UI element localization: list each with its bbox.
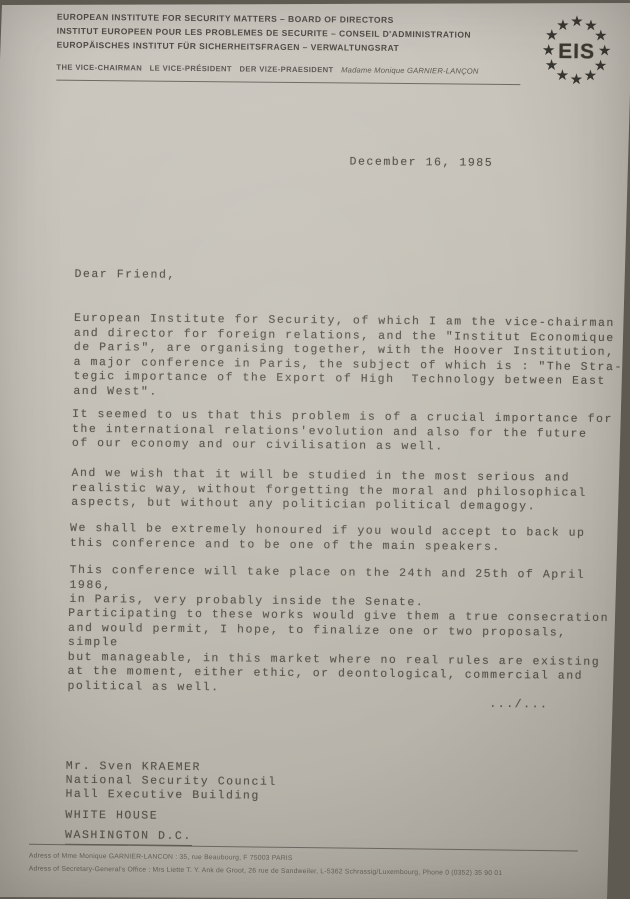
salutation: Dear Friend, [74,268,176,284]
recipient-building: Hall Executive Building [65,788,276,804]
officer-line: THE VICE-CHAIRMAN LE VICE-PRÉSIDENT DER … [56,63,536,77]
star-icon: ★ [584,68,598,83]
paragraph: This conference will take place on the 2… [69,564,624,613]
paragraph: Participating to these works would give … [67,607,624,700]
paragraph: And we wish that it will be studied in t… [71,467,587,516]
letterhead-rule [56,80,520,86]
paragraph: European Institute for Security, of whic… [73,312,623,405]
continuation-mark: .../... [489,698,548,713]
eis-logo-text: EIS [558,40,595,64]
letterhead: EUROPEAN INSTITUTE FOR SECURITY MATTERS … [57,11,527,57]
paragraph: We shall be extremely honoured if you wo… [70,522,586,556]
letter-date: December 16, 1985 [349,155,493,171]
star-icon: ★ [542,43,556,58]
star-icon: ★ [570,14,584,29]
officer-titles: THE VICE-CHAIRMAN LE VICE-PRÉSIDENT DER … [56,63,341,75]
eis-logo: ★ ★ ★ ★ ★ ★ ★ ★ ★ ★ ★ ★ EIS [535,10,618,95]
letter-content: EUROPEAN INSTITUTE FOR SECURITY MATTERS … [0,0,630,899]
letter-paper: EUROPEAN INSTITUTE FOR SECURITY MATTERS … [0,0,630,899]
star-icon: ★ [545,58,559,73]
star-icon: ★ [556,18,570,33]
footer: Adress of Mme Monique GARNIER-LANCON : 3… [29,849,589,880]
paragraph: It seemed to us that this problem is of … [72,408,613,457]
recipient-city-line: WHITE HOUSE [65,808,276,824]
star-icon: ★ [570,72,584,87]
officer-name: Madame Monique GARNIER-LANÇON [341,65,479,75]
recipient-address: Mr. Sven KRAEMER National Security Counc… [65,760,277,847]
letter-photo: { "letterhead": { "line1": "EUROPEAN INS… [0,0,630,899]
recipient-capital-line: WASHINGTON D.C. [65,829,192,846]
